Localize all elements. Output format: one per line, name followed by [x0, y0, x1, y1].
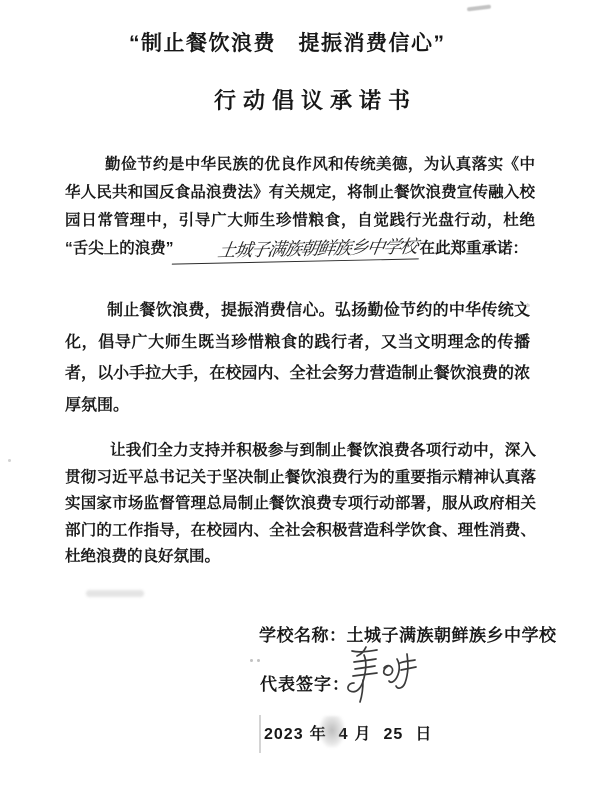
document-title: “制止餐饮浪费 提振消费信心” [129, 27, 446, 57]
paragraph-action: 让我们全力支持并积极参与到制止餐饮浪费各项行动中，深入贯彻习近平总书记关于坚决制… [65, 438, 536, 571]
paragraph-pledge: 制止餐饮浪费，提振消费信心。弘扬勤俭节约的中华传统文化，倡导广大师生既当珍惜粮食… [65, 295, 530, 421]
scan-speck [526, 304, 530, 307]
date-line: 2023年4月25日 [264, 721, 432, 744]
document-subtitle: 行动倡议承诺书 [214, 84, 417, 115]
date-day-unit: 日 [415, 726, 432, 743]
date-month: 4 [339, 726, 349, 743]
scan-dots-artifact [250, 659, 264, 664]
paragraph-opening-tail: 在此郑重承诺： [420, 240, 529, 257]
scan-streak-middle [86, 590, 144, 597]
handwritten-school-name: 土城子满族朝鲜族乡中学校 [171, 236, 421, 264]
paragraph-opening: 勤俭节约是中华民族的优良作风和传统美德，为认真落实《中华人民共和国反食品浪费法》… [65, 151, 535, 263]
date-year-unit: 年 [310, 726, 327, 743]
scan-line-artifact [259, 715, 261, 753]
scan-speck [8, 459, 11, 462]
date-month-unit: 月 [355, 726, 372, 743]
date-day: 25 [384, 726, 404, 743]
date-year: 2023 [264, 726, 304, 743]
school-name-label: 学校名称： [259, 626, 347, 645]
scanned-pledge-document: “制止餐饮浪费 提振消费信心” 行动倡议承诺书 勤俭节约是中华民族的优良作风和传… [0, 0, 591, 787]
scan-streak-top [467, 5, 491, 12]
representative-signature [336, 640, 424, 704]
